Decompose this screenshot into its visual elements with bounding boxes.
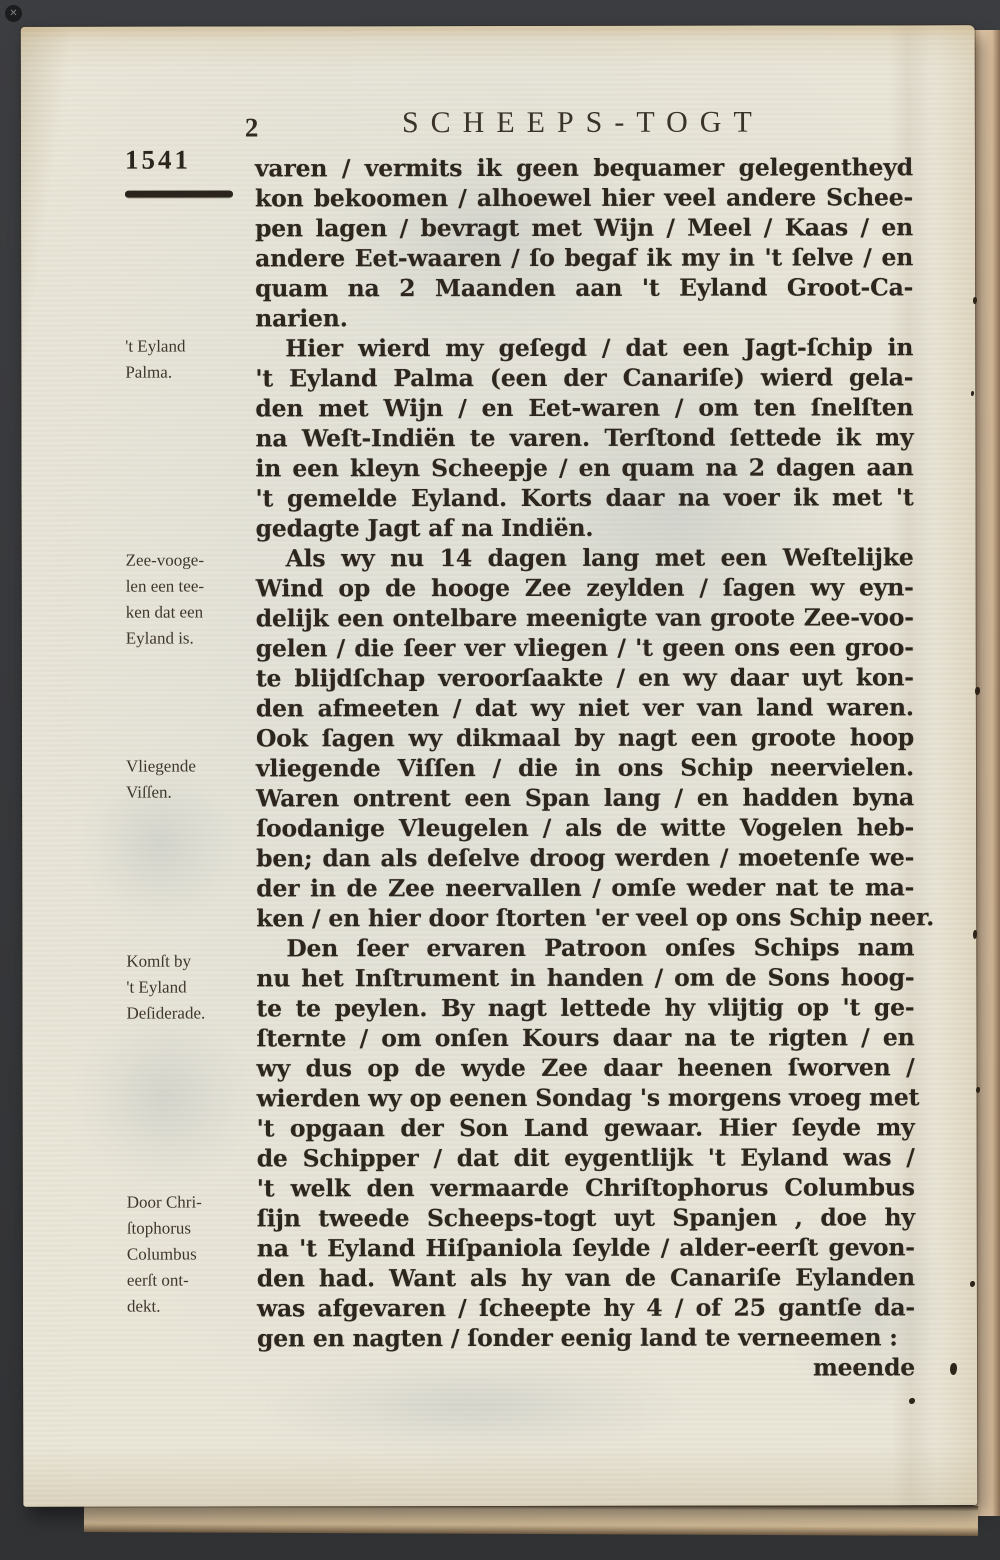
margin-note: Komſt by't EylandDeſiderade.: [126, 948, 252, 1026]
body-line: Wind op de hooge Zee zeylden / ſagen wy …: [256, 572, 914, 603]
margin-note-line: 't Eyland: [125, 333, 251, 359]
body-line: ſternte / om onſen Kours daar na te rigt…: [256, 1022, 914, 1053]
body-line: narien.: [255, 302, 913, 333]
margin-note-line: Viſſen.: [126, 779, 252, 805]
margin-note: Door Chri-ſtophorusColumbuseerſt ont-dek…: [127, 1189, 253, 1319]
body-line: 't welk den vermaarde Chriſtophorus Colu…: [257, 1172, 915, 1203]
body-line: Hier wierd my geſegd / dat een Jagt-ſchi…: [255, 332, 913, 363]
body-line: na 't Eyland Hiſpaniola ſeylde / alder-e…: [257, 1232, 915, 1263]
bleedthrough-stain: [74, 1006, 254, 1186]
body-line: Als wy nu 14 dagen lang met een Weſtelij…: [256, 542, 914, 573]
margin-note-line: ken dat een: [126, 599, 252, 625]
running-title: SCHEEPS-TOGT: [255, 105, 911, 140]
body-line: den afmeeten / dat wy niet ver van land …: [256, 692, 914, 723]
scan-viewport: ✕ 2 SCHEEPS-TOGT 1541 't EylandPalma. Ze…: [0, 0, 1000, 1560]
margin-note-line: Vliegende: [126, 753, 252, 779]
body-line: de Schipper / dat dit eygentlijk 't Eyla…: [257, 1142, 915, 1173]
body-line: pen lagen / bevragt met Wijn / Meel / Ka…: [255, 212, 913, 243]
margin-note: 't EylandPalma.: [125, 333, 251, 385]
catchword: meende: [257, 1352, 915, 1383]
body-line: 't opgaan der Son Land gewaar. Hier ſeyd…: [257, 1112, 915, 1143]
body-line: varen / vermits ik geen bequamer gelegen…: [255, 152, 913, 183]
body-line: was afgevaren / ſcheepte hy 4 / of 25 ga…: [257, 1292, 915, 1323]
body-line: in een kleyn Scheepje / en quam na 2 dag…: [255, 452, 913, 483]
body-line: den met Wijn / en Eet-waren / om ten ſne…: [255, 392, 913, 423]
margin-note-line: eerſt ont-: [127, 1267, 253, 1293]
body-line: 't Eyland Palma (een der Canariſe) wierd…: [255, 362, 913, 393]
body-line: delijk een ontelbare meenigte van groote…: [256, 602, 914, 633]
body-line: wierden wy op eenen Sondag 's morgens vr…: [257, 1082, 915, 1113]
body-line: Waren ontrent een Span lang / en hadden …: [256, 782, 914, 813]
body-line: ſijn tweede Scheeps-togt uyt Spanjen , d…: [257, 1202, 915, 1233]
body-line: gedagte Jagt af na Indiën.: [256, 512, 914, 543]
body-line: 't gemelde Eyland. Korts daar na voer ik…: [256, 482, 914, 513]
body-line: ſoodanige Vleugelen / als de witte Vogel…: [256, 812, 914, 843]
margin-note-line: Deſiderade.: [126, 1000, 252, 1026]
body-line: andere Eet-waaren / ſo begaf ik my in 't…: [255, 242, 913, 273]
body-line: na Weſt-Indiën te varen. Terſtond ſetted…: [255, 422, 913, 453]
body-line: gen en nagten / ſonder eenig land te ver…: [257, 1322, 915, 1353]
body-line: ben; dan als deſelve droog werden / moet…: [256, 842, 914, 873]
body-line: der in de Zee neervallen / omſe weder na…: [256, 872, 914, 903]
next-page-edge-right: [974, 30, 1000, 1516]
body-line: gelen / die ſeer ver vliegen / 't geen o…: [256, 632, 914, 663]
margin-note-line: Zee-vooge-: [126, 547, 252, 573]
body-line: Ook ſagen wy dikmaal by nagt een groote …: [256, 722, 914, 753]
viewer-marker-icon[interactable]: ✕: [5, 5, 22, 22]
body-line: Den ſeer ervaren Patroon onſes Schips na…: [256, 932, 914, 963]
margin-note-line: Door Chri-: [127, 1189, 253, 1215]
margin-rule: [125, 190, 233, 197]
body-line: te blijdſchap veroorſaakte / en wy daar …: [256, 662, 914, 693]
body-line: den had. Want als hy van de Canariſe Eyl…: [257, 1262, 915, 1293]
body-line: ken / en hier door ſtorten 'er veel op o…: [256, 902, 914, 933]
margin-note: VliegendeViſſen.: [126, 753, 252, 805]
margin-note-line: Palma.: [125, 359, 251, 385]
body-line: te te peylen. By nagt lettede hy vlijtig…: [256, 992, 914, 1023]
body-line: quam na 2 Maanden aan 't Eyland Groot-Ca…: [255, 272, 913, 303]
body-line: nu het Inſtrument in handen / om de Sons…: [256, 962, 914, 993]
margin-year: 1541: [125, 144, 235, 175]
body-line: vliegende Viſſen / die in ons Schip neer…: [256, 752, 914, 783]
margin-note-line: Komſt by: [126, 948, 252, 974]
margin-note-line: len een tee-: [126, 573, 252, 599]
body-line: kon bekoomen / alhoewel hier veel andere…: [255, 182, 913, 213]
margin-note-line: ſtophorus: [127, 1215, 253, 1241]
body-text: varen / vermits ik geen bequamer gelegen…: [255, 152, 915, 1383]
margin-note-line: 't Eyland: [126, 974, 252, 1000]
margin-note-line: Columbus: [127, 1241, 253, 1267]
margin-note-line: Eyland is.: [126, 625, 252, 651]
next-page-edge-bottom: [84, 1502, 978, 1536]
body-line: wy dus op de wyde Zee daar heenen ſworve…: [257, 1052, 915, 1083]
book-page: 2 SCHEEPS-TOGT 1541 't EylandPalma. Zee-…: [21, 25, 978, 1507]
margin-note: Zee-vooge-len een tee-ken dat eenEyland …: [126, 547, 252, 651]
margin-note-line: dekt.: [127, 1293, 253, 1319]
